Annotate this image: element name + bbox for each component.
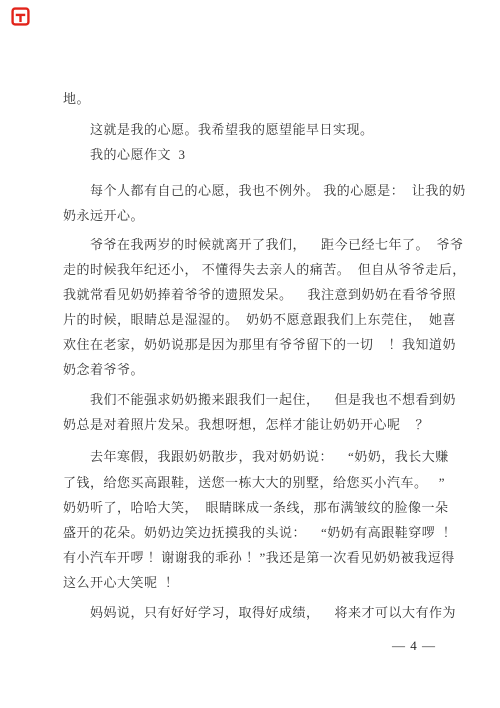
page-number: — 4 — — [392, 638, 436, 654]
text-line: 我就常看见奶奶捧着爷爷的遗照发呆。 我注意到奶奶在看爷爷照 — [63, 282, 453, 307]
text-line: 欢住在老家，奶奶说那是因为那里有爷爷留下的一切 ！我知道奶 — [63, 332, 453, 357]
text-line: 盛开的花朵。奶奶边笑边抚摸我的头说： “奶奶有高跟鞋穿啰 ！ — [63, 520, 453, 545]
text-line: 每个人都有自己的心愿，我也不例外。 我的心愿是： 让我的奶 — [63, 178, 453, 203]
text-line: 奶永远开心。 — [63, 203, 453, 228]
text-line: 去年寒假，我跟奶奶散步，我对奶奶说： “奶奶，我长大赚 — [63, 444, 453, 469]
text-line: 有小汽车开啰 ！谢谢我的乖孙 ！”我还是第一次看见奶奶被我逗得 — [63, 545, 453, 570]
essay-text: 地。这就是我的心愿。我希望我的愿望能早日实现。我的心愿作文 3每个人都有自己的心… — [63, 86, 453, 625]
text-line: 爷爷在我两岁的时候就离开了我们， 距今已经七年了。 爷爷 — [63, 232, 453, 257]
text-line: 这就是我的心愿。我希望我的愿望能早日实现。 — [63, 117, 453, 142]
site-logo-icon — [11, 7, 30, 26]
text-line: 我的心愿作文 3 — [63, 142, 453, 167]
text-line: 这么开心大笑呢 ！ — [63, 570, 453, 595]
text-line: 奶总是对着照片发呆。我想呀想，怎样才能让奶奶开心呢 ？ — [63, 412, 453, 437]
text-line: 走的时候我年纪还小， 不懂得失去亲人的痛苦。 但自从爷爷走后， — [63, 257, 453, 282]
text-line: 妈妈说，只有好好学习，取得好成绩， 将来才可以大有作为 — [63, 600, 453, 625]
text-line: 了钱，给您买高跟鞋，送您一栋大大的别墅，给您买小汽车。 ” — [63, 470, 453, 495]
text-line: 奶念着爷爷。 — [63, 357, 453, 382]
text-line: 我们不能强求奶奶搬来跟我们一起住， 但是我也不想看到奶 — [63, 387, 453, 412]
text-line: 奶奶听了，哈哈大笑， 眼睛眯成一条线，那布满皱纹的脸像一朵 — [63, 495, 453, 520]
document-page: 地。这就是我的心愿。我希望我的愿望能早日实现。我的心愿作文 3每个人都有自己的心… — [0, 0, 500, 708]
text-line: 片的时候，眼睛总是湿湿的。 奶奶不愿意跟我们上东莞住， 她喜 — [63, 307, 453, 332]
text-line: 地。 — [63, 86, 453, 111]
